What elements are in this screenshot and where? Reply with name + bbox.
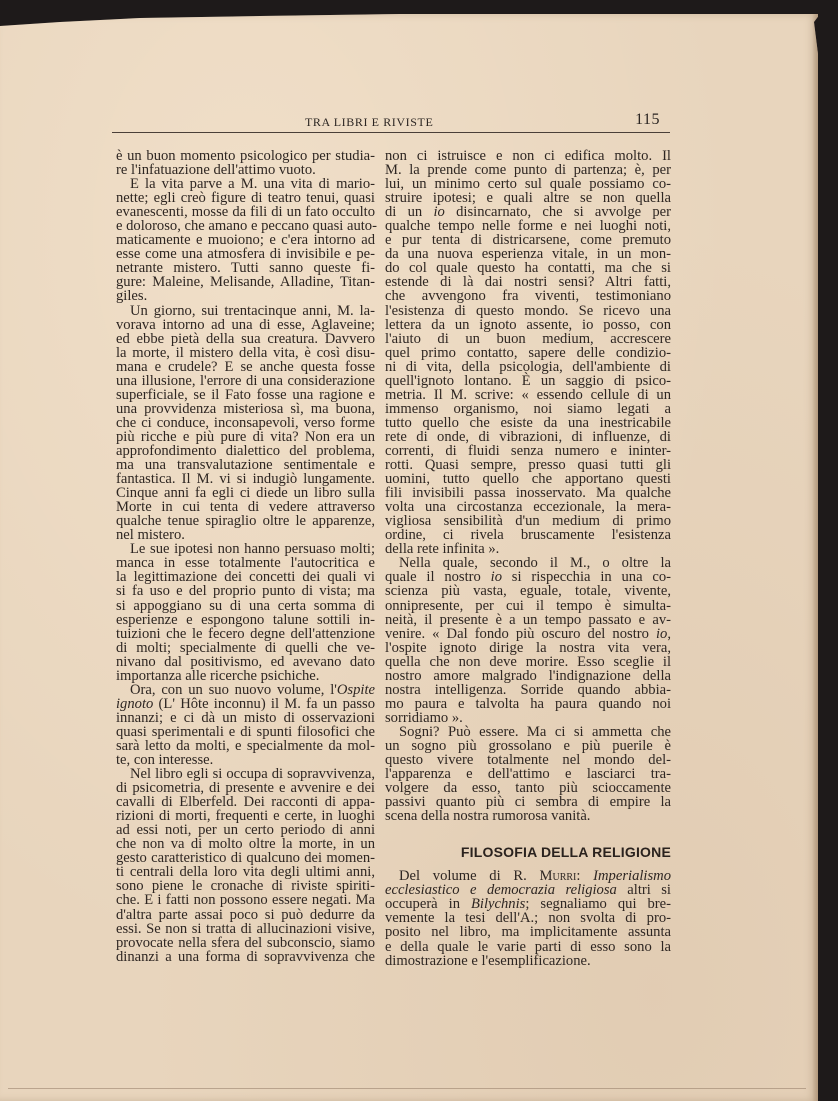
text-line: ni di vita, della psicologia, dell'ambie… [385, 360, 671, 374]
text-line: volgere da esso, tanto più scioccamente [385, 781, 671, 795]
text-line: che. E i fatti non possono essere negati… [116, 893, 375, 907]
left-column: è un buon momento psicologico per studia… [116, 149, 375, 964]
text-line: estende di là dai nostri sensi? Altri fa… [385, 275, 671, 289]
text-line: uomini, tutto quello che apportano quest… [385, 472, 671, 486]
bottom-page-edge-line [8, 1088, 806, 1089]
text-line: cavalli di Elberfeld. Dei racconti di ap… [116, 795, 375, 809]
text-line: di un io disincarnato, che si avvolge pe… [385, 205, 671, 219]
text-line: tuizioni che le fecero degne dell'attenz… [116, 627, 375, 641]
paragraph-start: Del volume di R. Murri: Imperialismo [385, 869, 671, 883]
text-line: che avvengono fra viventi, testimoniano [385, 289, 671, 303]
text-line: correnti, di fluidi senza numero e inint… [385, 444, 671, 458]
text-line: che ci conduce, inconsapevoli, verso for… [116, 416, 375, 430]
text-line: rotti. Quasi sempre, presso quasi tutti … [385, 458, 671, 472]
text-line: dimostrazione e l'esemplificazione. [385, 954, 671, 968]
text-line: si appoggiano su di una certa somma di [116, 599, 375, 613]
text-line: una illusione, l'errore di una considera… [116, 374, 375, 388]
text-line: sorridiamo ». [385, 711, 671, 725]
text-line: re l'infatuazione dell'attimo vuoto. [116, 163, 375, 177]
text-line: si fa uso e del proprio punto di vista; … [116, 584, 375, 598]
text-line: manca in esse totalmente l'autocritica e [116, 556, 375, 570]
text-line: ignoto (L' Hôte inconnu) il M. fa un pas… [116, 697, 375, 711]
text-line: l'apparenza e dell'attimo e lasciarci tr… [385, 767, 671, 781]
text-line: quale il nostro io si rispecchia in una … [385, 570, 671, 584]
text-line: l'ospite ignoto dirige la nostra vita ve… [385, 641, 671, 655]
header-rule [112, 132, 670, 133]
running-head: TRA LIBRI E RIVISTE 115 [112, 109, 672, 131]
text-line: approfondimento dialettico del problema, [116, 444, 375, 458]
paragraph-start: E la vita parve a M. una vita di mario- [116, 177, 375, 191]
text-line: M. la prende come punto di partenza; è, … [385, 163, 671, 177]
text-line: essi. Se non si tratta di allucinazioni … [116, 922, 375, 936]
text-line: è un buon momento psicologico per studia… [116, 149, 375, 163]
text-line: che non va di molto oltre la morte, in u… [116, 837, 375, 851]
text-line: non ci istruisce e non ci edifica molto.… [385, 149, 671, 163]
text-line: mo paura e talvolta ha paura quando noi [385, 697, 671, 711]
text-line: maticamente e muoiono; e c'era intorno a… [116, 233, 375, 247]
text-line: quell'ignoto lontano. È un saggio di psi… [385, 374, 671, 388]
text-line: vemente la tesi dell'A.; non svolta di p… [385, 911, 671, 925]
text-line: onnipresente, per cui il tempo è simulta… [385, 599, 671, 613]
text-line: l'aiuto di un buon medium, accrescere [385, 332, 671, 346]
text-line: te, con interesse. [116, 753, 375, 767]
text-line: importanza alle ricerche psichiche. [116, 669, 375, 683]
text-line: un sogno più grossolano e più puerile è [385, 739, 671, 753]
text-line: evanescenti, mosse da fili di un fato oc… [116, 205, 375, 219]
text-line: la morte, il mistero della vita, è così … [116, 346, 375, 360]
text-line: esperienze e espongono talune sottili in… [116, 613, 375, 627]
running-head-title: TRA LIBRI E RIVISTE [305, 115, 433, 130]
text-line: occuperà in Bilychnis; segnaliamo qui br… [385, 897, 671, 911]
text-line: questo vivere totalmente nel mondo del- [385, 753, 671, 767]
text-line: gesto caratteristico di qualcuno dei mom… [116, 851, 375, 865]
text-line: esse come una atmosfera di invisibile e … [116, 247, 375, 261]
text-line: d'altra parte assai poco si può dedurre … [116, 908, 375, 922]
text-line: volta una circostanza eccezionale, la me… [385, 500, 671, 514]
text-line: rizioni di morti, frequenti e certe, in … [116, 809, 375, 823]
paragraph-start: Nella quale, secondo il M., o oltre la [385, 556, 671, 570]
text-line: giles. [116, 289, 375, 303]
text-line: e della quale le varie parti di esso son… [385, 940, 671, 954]
text-line: l'esistenza di questo mondo. Se ricevo u… [385, 304, 671, 318]
text-line: rete di onde, di vibrazioni, di influenz… [385, 430, 671, 444]
text-line: innanzi; e ci dà un misto di osservazion… [116, 711, 375, 725]
paragraph-start: Sogni? Può essere. Ma ci si ammetta che [385, 725, 671, 739]
text-line: tutto quello che esiste da una inestrica… [385, 416, 671, 430]
text-line: la legittimazione dei concetti dei quali… [116, 570, 375, 584]
text-line: una provvidenza misteriosa sì, ma buona, [116, 402, 375, 416]
section-heading: FILOSOFIA DELLA RELIGIONE [385, 845, 671, 859]
text-line: di molti; specialmente di quelli che ve- [116, 641, 375, 655]
text-line: nette; egli creò figure di teatro tenui,… [116, 191, 375, 205]
text-line: nostra intelligenza. Sorride quando abbi… [385, 683, 671, 697]
text-line: immenso organismo, noi siamo legati a [385, 402, 671, 416]
text-line: ma una transvalutazione sentimentale e [116, 458, 375, 472]
text-line: Cinque anni fa egli ci diede un libro su… [116, 486, 375, 500]
text-line: ordine, ci rivela bruscamente l'esistenz… [385, 528, 671, 542]
text-line: superficiale, se il Fato fosse una ragio… [116, 388, 375, 402]
text-line: fantastica. Il M. vi si indugiò lungamen… [116, 472, 375, 486]
page-number: 115 [635, 111, 660, 129]
text-line: quel primo contatto, sapere delle condiz… [385, 346, 671, 360]
page-edge-shadow [812, 14, 818, 1101]
text-line: gure: Maleine, Melisande, Alladine, Tita… [116, 275, 375, 289]
text-line: di psicometria, di presente e avvenire e… [116, 781, 375, 795]
text-line: fili invisibili passa inosservato. Ma qu… [385, 486, 671, 500]
text-line: scienza più vasta, eguale, totale, viven… [385, 584, 671, 598]
text-line: nel mistero. [116, 528, 375, 542]
text-line: venire. « Dal fondo più oscuro del nostr… [385, 627, 671, 641]
text-line: qualche tenue spiraglio oltre le apparen… [116, 514, 375, 528]
text-line: struire ipotesi; e quali altre se non qu… [385, 191, 671, 205]
text-line: passivi quanto più ci sembra di empire l… [385, 795, 671, 809]
paragraph-start: Nel libro egli si occupa di sopravvivenz… [116, 767, 375, 781]
text-line: ti centrali della loro vita degli ultimi… [116, 865, 375, 879]
text-line: ad essi noti, per un certo periodo di an… [116, 823, 375, 837]
text-line: sarà letto da molti, e specialmente da m… [116, 739, 375, 753]
text-line: posito nel libro, ma implicitamente assu… [385, 925, 671, 939]
text-line: provocate nella sfera del subconscio, si… [116, 936, 375, 950]
text-line: della rete infinita ». [385, 542, 671, 556]
right-column: non ci istruisce e non ci edifica molto.… [385, 149, 671, 968]
text-line: lettera da un ignoto assente, io posso, … [385, 318, 671, 332]
text-line: do col quale questo ha contatti, ma che … [385, 261, 671, 275]
text-line: e pur tenta di districarsene, come premu… [385, 233, 671, 247]
text-line: vorava intorno ad una di esse, Aglaveine… [116, 318, 375, 332]
text-line: qualche tempo nelle forme e nei luoghi n… [385, 219, 671, 233]
text-line: da una nuova esperienza vitale, in un mo… [385, 247, 671, 261]
text-line: più ricche e più pure di vita? Non era u… [116, 430, 375, 444]
text-line: Morte in cui tenta di vedere attraverso [116, 500, 375, 514]
paragraph-start: Un giorno, sui trentacinque anni, M. la- [116, 304, 375, 318]
text-line: scena della nostra rumorosa vanità. [385, 809, 671, 823]
text-line: quella che non deve morire. Esso sceglie… [385, 655, 671, 669]
text-line: mana e crudele? E se anche questa fosse [116, 360, 375, 374]
text-line: e doloroso, che amano e peccano quasi au… [116, 219, 375, 233]
text-line: metria. Il M. scrive: « essendo cellule … [385, 388, 671, 402]
scanned-page-photo: TRA LIBRI E RIVISTE 115 è un buon moment… [0, 0, 838, 1101]
text-line: nostro amore malgrado l'indignazione del… [385, 669, 671, 683]
paragraph-start: Le sue ipotesi non hanno persuaso molti; [116, 542, 375, 556]
text-line: sono piene le cronache di riviste spirit… [116, 879, 375, 893]
text-line: vigliosa sensibilità d'un medium di prim… [385, 514, 671, 528]
text-line: neità, il presente è a un tempo passato … [385, 613, 671, 627]
paragraph-start: Ora, con un suo nuovo volume, l'Ospite [116, 683, 375, 697]
text-line: dinanzi a una forma di sopravvivenza che [116, 950, 375, 964]
text-line: quasi sperimentali e di spunti filosofic… [116, 725, 375, 739]
text-line: ecclesiastico e democrazia religiosa alt… [385, 883, 671, 897]
text-line: nivano dal positivismo, ed avevano dato [116, 655, 375, 669]
text-line: lui, un minimo certo sul quale possiamo … [385, 177, 671, 191]
text-line: netrante mistero. Tutti sanno queste fi- [116, 261, 375, 275]
text-line: ed ebbe pietà della sua creatura. Davver… [116, 332, 375, 346]
